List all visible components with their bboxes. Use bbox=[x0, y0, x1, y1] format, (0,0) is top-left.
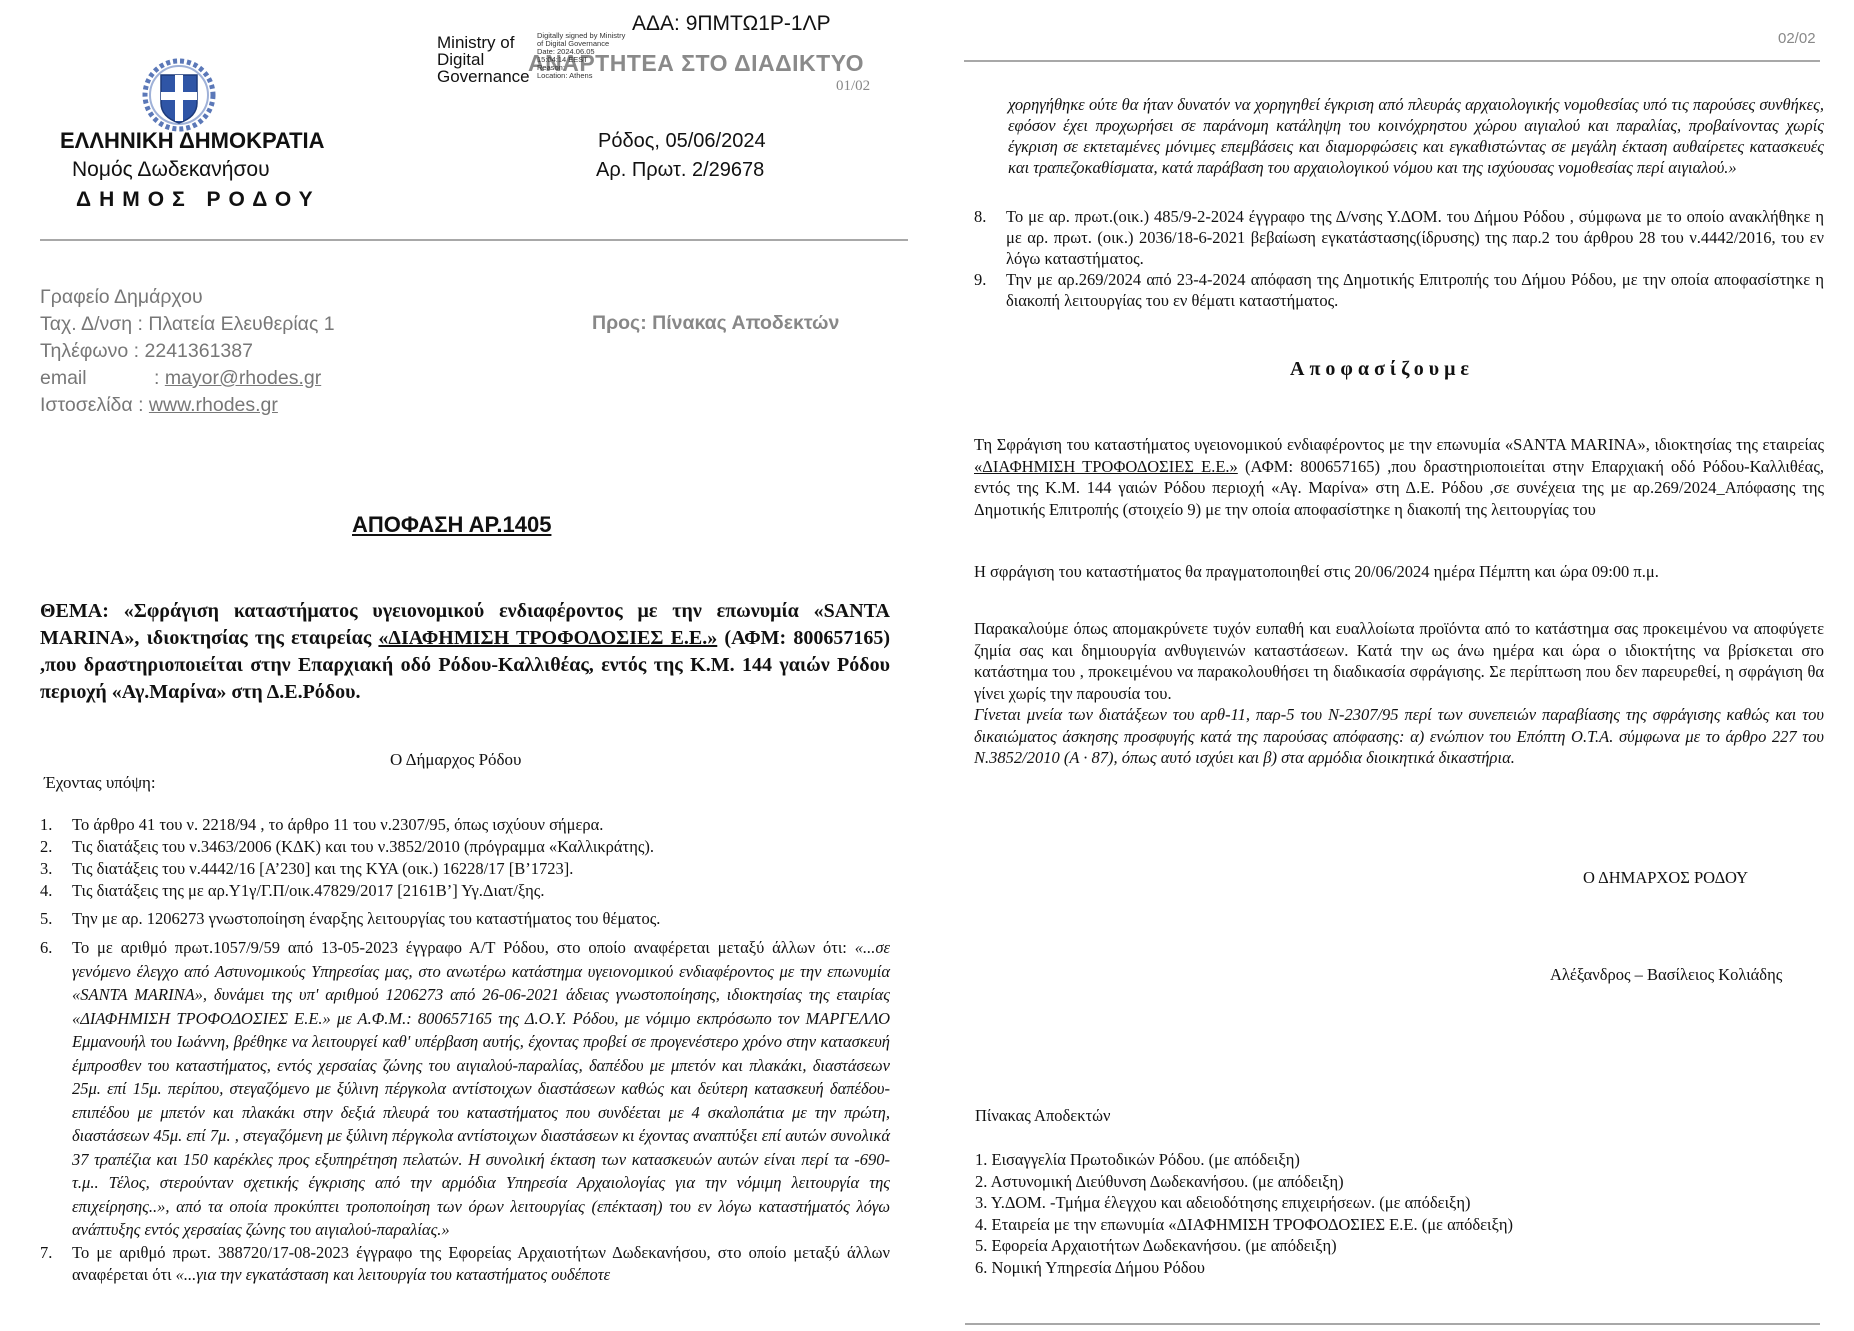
list-item: 6. Νομική Υπηρεσία Δήμου Ρόδου bbox=[975, 1257, 1513, 1279]
mayor-heading: Ο Δήμαρχος Ρόδου bbox=[390, 750, 521, 770]
list-item: 3.Τις διατάξεις του ν.4442/16 [Α’230] κα… bbox=[40, 858, 890, 880]
list-item: 9.Την με αρ.269/2024 από 23-4-2024 απόφα… bbox=[974, 269, 1824, 311]
office-line: Γραφείο Δημάρχου bbox=[40, 284, 335, 311]
page2-top-divider bbox=[964, 60, 1820, 62]
distribution-title: Πίνακας Αποδεκτών bbox=[975, 1106, 1111, 1126]
notice-paragraph: Παρακαλούμε όπως απομακρύνετε τυχόν ευπα… bbox=[974, 618, 1824, 769]
decide-heading: Αποφασίζουμε bbox=[1290, 358, 1474, 381]
list-item: 1. Εισαγγελία Πρωτοδικών Ρόδου. (με απόδ… bbox=[975, 1149, 1513, 1171]
phone-line: Τηλέφωνο : 2241361387 bbox=[40, 338, 335, 365]
list-item: 4. Εταιρεία με την επωνυμία «ΔΙΑΦΗΜΙΣΗ Τ… bbox=[975, 1214, 1513, 1236]
greek-coat-of-arms-emblem bbox=[140, 55, 218, 135]
recipients-to: Προς: Πίνακας Αποδεκτών bbox=[592, 312, 839, 335]
prefecture-name: Νομός Δωδεκανήσου bbox=[72, 158, 270, 182]
decision-title: ΑΠΟΦΑΣΗ ΑΡ.1405 bbox=[352, 512, 551, 538]
list-item: 1.Το άρθρο 41 του ν. 2218/94 , το άρθρο … bbox=[40, 814, 890, 836]
appeal-notice: Γίνεται μνεία των διατάξεων του αρθ-11, … bbox=[974, 704, 1824, 769]
municipality-name: ΔΗΜΟΣ ΡΟΔΟΥ bbox=[76, 188, 321, 212]
ada-code: ΑΔΑ: 9ΠΜΤΩ1Ρ-1ΛΡ bbox=[632, 12, 831, 36]
list-item: 5.Την με αρ. 1206273 γνωστοποίηση έναρξη… bbox=[40, 908, 890, 930]
considerations-list: 1.Το άρθρο 41 του ν. 2218/94 , το άρθρο … bbox=[40, 814, 890, 1286]
sealing-date: Η σφράγιση του καταστήματος θα πραγματοπ… bbox=[974, 562, 1659, 582]
list-item: 8.Το με αρ. πρωτ.(οικ.) 485/9-2-2024 έγγ… bbox=[974, 206, 1824, 269]
considering-label: Έχοντας υπόψη: bbox=[44, 773, 156, 793]
company-name: «ΔΙΑΦΗΜΙΣΗ ΤΡΟΦΟΔΟΣΙΕΣ Ε.Ε.» bbox=[378, 627, 717, 649]
list-item: 6.Το με αριθμό πρωτ.1057/9/59 από 13-05-… bbox=[40, 936, 890, 1242]
list-item: 3. Υ.ΔΟΜ. -Τμήμα έλεγχου και αδειοδότηση… bbox=[975, 1192, 1513, 1214]
email-link[interactable]: mayor@rhodes.gr bbox=[165, 365, 321, 392]
email-line: email: mayor@rhodes.gr bbox=[40, 365, 335, 392]
considerations-list-continued: 8.Το με αρ. πρωτ.(οικ.) 485/9-2-2024 έγγ… bbox=[974, 206, 1824, 311]
header-divider bbox=[40, 239, 908, 241]
website-line: Ιστοσελίδα : www.rhodes.gr bbox=[40, 392, 335, 419]
company-name: «ΔΙΑΦΗΜΙΣΗ ΤΡΟΦΟΔΟΣΙΕΣ Ε.Ε.» bbox=[974, 457, 1238, 476]
list-item: 4.Τις διατάξεις της με αρ.Υ1γ/Γ.Π/οικ.47… bbox=[40, 880, 890, 902]
address-line: Ταχ. Δ/νση : Πλατεία Ελευθερίας 1 bbox=[40, 311, 335, 338]
list-item: 2.Τις διατάξεις του ν.3463/2006 (ΚΔΚ) κα… bbox=[40, 836, 890, 858]
list-item: 7.Το με αριθμό πρωτ. 388720/17-08-2023 έ… bbox=[40, 1242, 890, 1286]
digital-signature-details: Digitally signed by Ministry of Digital … bbox=[537, 32, 625, 80]
signer-name: Αλέξανδρος – Βασίλειος Κολιάδης bbox=[1550, 965, 1782, 985]
republic-title: ΕΛΛΗΝΙΚΗ ΔΗΜΟΚΡΑΤΙΑ bbox=[60, 128, 325, 154]
document-date: Ρόδος, 05/06/2024 bbox=[598, 130, 766, 153]
page-number: 01/02 bbox=[836, 78, 870, 95]
contact-block: Γραφείο Δημάρχου Ταχ. Δ/νση : Πλατεία Ελ… bbox=[40, 284, 335, 419]
subject-paragraph: ΘΕΜΑ: «Σφράγιση καταστήματος υγειονομικο… bbox=[40, 598, 890, 706]
decision-body: Τη Σφράγιση του καταστήματος υγειονομικο… bbox=[974, 434, 1824, 520]
protocol-number: Αρ. Πρωτ. 2/29678 bbox=[596, 159, 764, 182]
page-number: 02/02 bbox=[1778, 30, 1816, 47]
signer-title: Ο ΔΗΜΑΡΧΟΣ ΡΟΔΟΥ bbox=[1583, 868, 1748, 888]
website-link[interactable]: www.rhodes.gr bbox=[149, 392, 278, 419]
digital-signature-org: Ministry of Digital Governance bbox=[437, 34, 530, 85]
distribution-list: 1. Εισαγγελία Πρωτοδικών Ρόδου. (με απόδ… bbox=[975, 1149, 1513, 1278]
list-item: 2. Αστυνομική Διεύθυνση Δωδεκανήσου. (με… bbox=[975, 1171, 1513, 1193]
item7-continuation: χορηγήθηκε ούτε θα ήταν δυνατόν να χορηγ… bbox=[1008, 94, 1824, 178]
page2-bottom-divider bbox=[965, 1323, 1820, 1325]
list-item: 5. Εφορεία Αρχαιοτήτων Δωδεκανήσου. (με … bbox=[975, 1235, 1513, 1257]
